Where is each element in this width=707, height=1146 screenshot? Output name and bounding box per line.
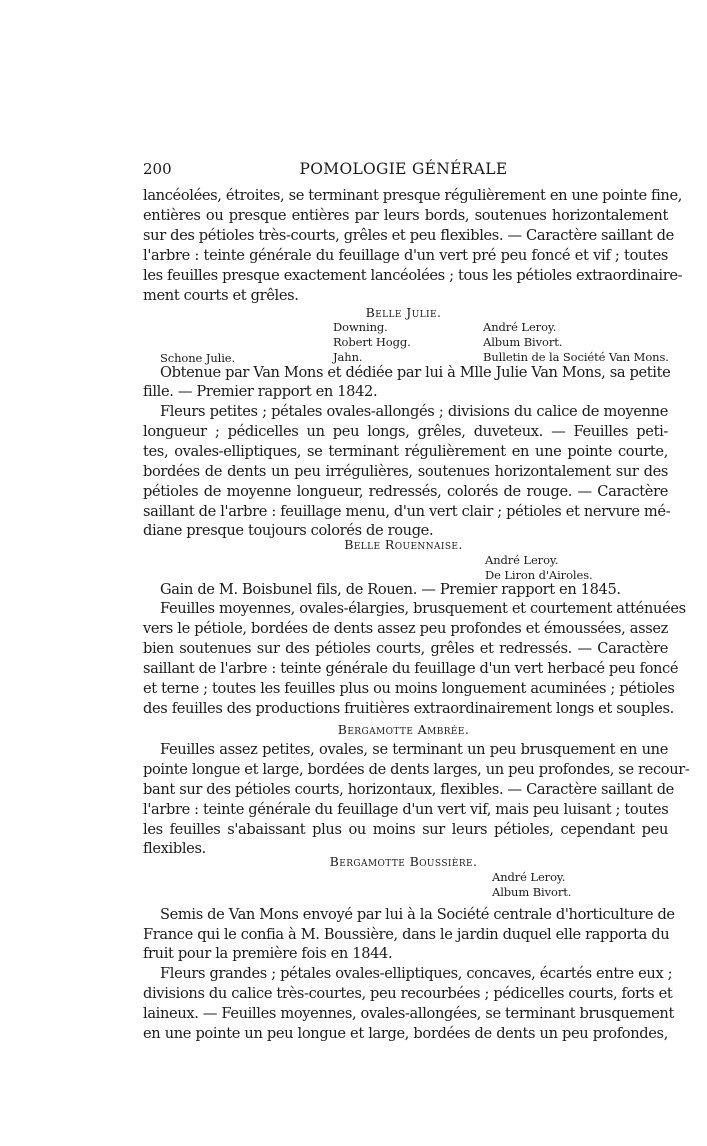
reference: Jahn. bbox=[333, 350, 362, 364]
text-line: les feuilles presque exactement lancéolé… bbox=[143, 267, 668, 285]
text-line: Feuilles assez petites, ovales, se termi… bbox=[160, 741, 668, 759]
reference: De Liron d'Airoles. bbox=[485, 568, 593, 582]
reference: Album Bivort. bbox=[483, 335, 562, 349]
text-line: Gain de M. Boisbunel fils, de Rouen. — P… bbox=[160, 581, 668, 599]
text-line: bien soutenues sur des pétioles courts, … bbox=[143, 640, 668, 658]
text-line: Fleurs grandes ; pétales ovales-elliptiq… bbox=[160, 965, 668, 983]
text-line: France qui le confia à M. Boussière, dan… bbox=[143, 926, 668, 944]
text-line: pétioles de moyenne longueur, redressés,… bbox=[143, 483, 668, 501]
text-line: tes, ovales-elliptiques, se terminant ré… bbox=[143, 443, 668, 461]
reference: André Leroy. bbox=[485, 553, 558, 567]
text-line: l'arbre : teinte générale du feuillage d… bbox=[143, 801, 668, 819]
book-page: 200 POMOLOGIE GÉNÉRALE lancéolées, étroi… bbox=[0, 0, 707, 1146]
section-heading: Belle Julie. bbox=[0, 305, 707, 320]
text-line: bordées de dents un peu irrégulières, so… bbox=[143, 463, 668, 481]
synonym: Schone Julie. bbox=[160, 351, 235, 365]
text-line: lancéolées, étroites, se terminant presq… bbox=[143, 187, 668, 205]
text-line: en une pointe un peu longue et large, bo… bbox=[143, 1025, 668, 1043]
running-title: POMOLOGIE GÉNÉRALE bbox=[0, 160, 707, 178]
text-line: bant sur des pétioles courts, horizontau… bbox=[143, 781, 668, 799]
section-heading: Bergamotte Boussière. bbox=[0, 854, 707, 869]
text-line: entières ou presque entières par leurs b… bbox=[143, 207, 668, 225]
text-line: divisions du calice très-courtes, peu re… bbox=[143, 985, 668, 1003]
text-line: les feuilles s'abaissant plus ou moins s… bbox=[143, 821, 668, 839]
text-line: saillant de l'arbre : teinte générale du… bbox=[143, 660, 668, 678]
text-line: et terne ; toutes les feuilles plus ou m… bbox=[143, 680, 668, 698]
text-line: laineux. — Feuilles moyennes, ovales-all… bbox=[143, 1005, 668, 1023]
section-heading: Belle Rouennaise. bbox=[0, 537, 707, 552]
text-line: l'arbre : teinte générale du feuillage d… bbox=[143, 247, 668, 265]
text-line: Feuilles moyennes, ovales-élargies, brus… bbox=[160, 600, 668, 618]
text-line: Semis de Van Mons envoyé par lui à la So… bbox=[160, 906, 668, 924]
text-line: saillant de l'arbre : feuillage menu, d'… bbox=[143, 503, 668, 521]
text-line: pointe longue et large, bordées de dents… bbox=[143, 761, 668, 779]
text-line: ment courts et grêles. bbox=[143, 287, 668, 305]
reference: André Leroy. bbox=[492, 870, 565, 884]
text-line: des feuilles des productions fruitières … bbox=[143, 700, 668, 718]
reference: Bulletin de la Société Van Mons. bbox=[483, 350, 669, 364]
text-line: sur des pétioles très-courts, grêles et … bbox=[143, 227, 668, 245]
text-line: Fleurs petites ; pétales ovales-allongés… bbox=[160, 403, 668, 421]
reference: Downing. bbox=[333, 320, 388, 334]
text-line: longueur ; pédicelles un peu longs, grêl… bbox=[143, 423, 668, 441]
text-line: fille. — Premier rapport en 1842. bbox=[143, 383, 668, 401]
reference: Album Bivort. bbox=[492, 885, 571, 899]
reference: André Leroy. bbox=[483, 320, 556, 334]
section-heading: Bergamotte Ambrée. bbox=[0, 722, 707, 737]
reference: Robert Hogg. bbox=[333, 335, 411, 349]
text-line: vers le pétiole, bordées de dents assez … bbox=[143, 620, 668, 638]
text-line: fruit pour la première fois en 1844. bbox=[143, 945, 668, 963]
text-line: Obtenue par Van Mons et dédiée par lui à… bbox=[160, 364, 668, 382]
